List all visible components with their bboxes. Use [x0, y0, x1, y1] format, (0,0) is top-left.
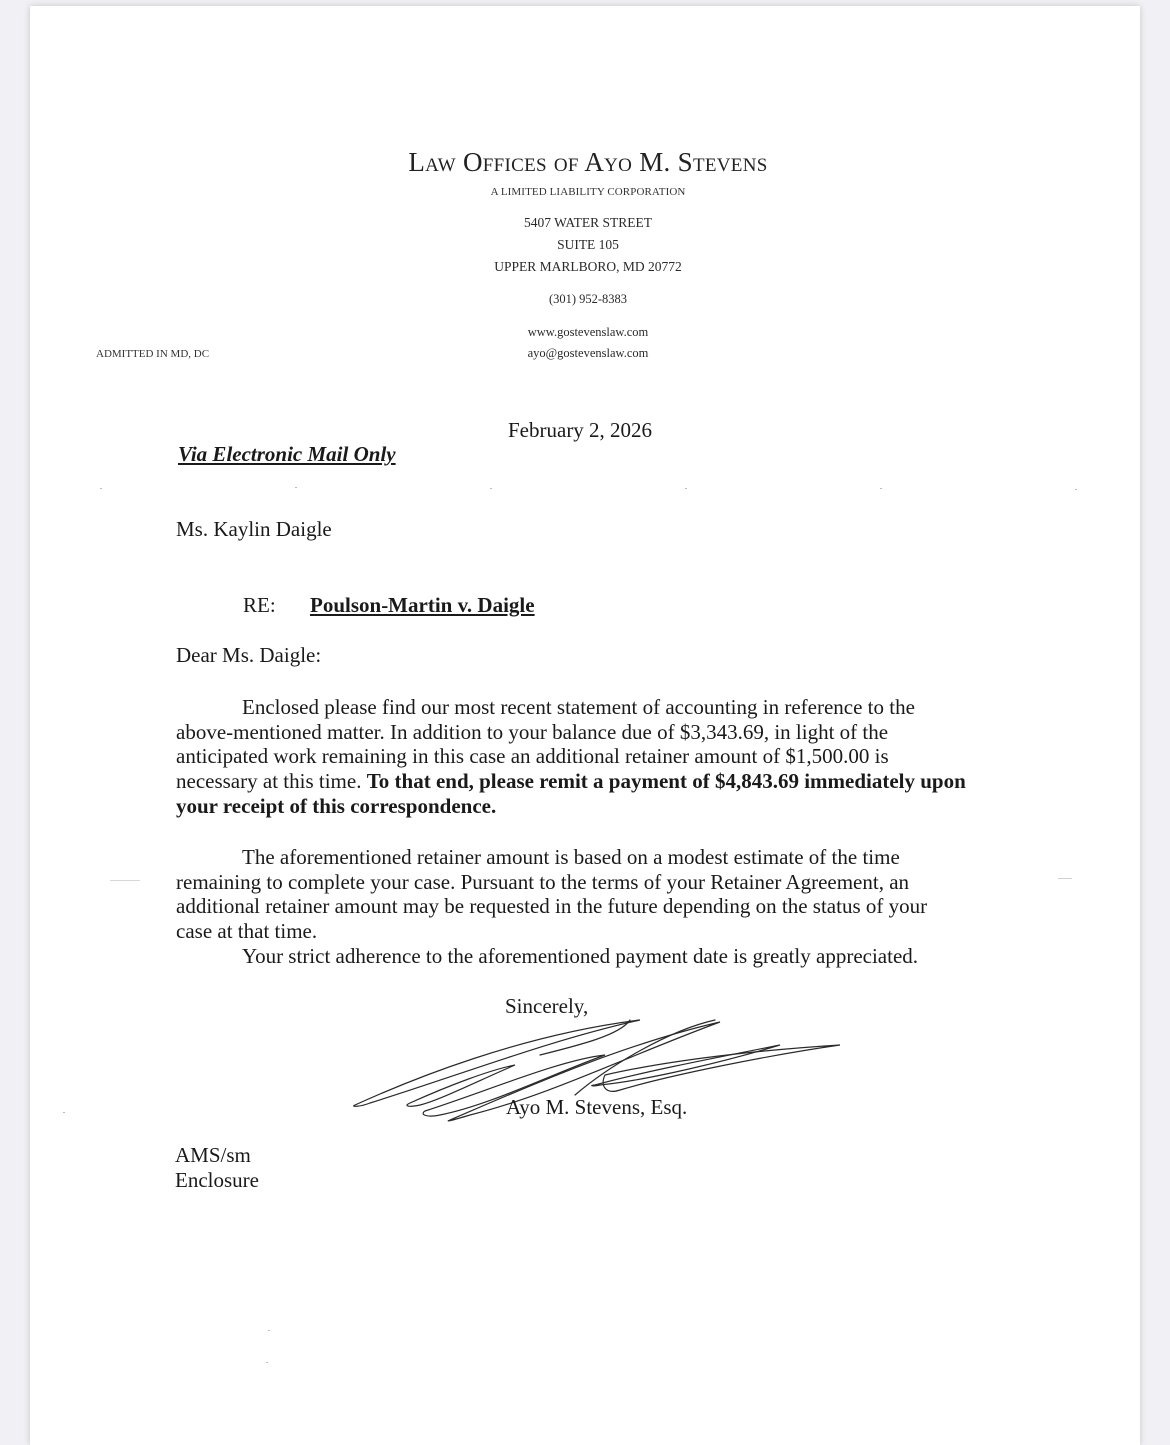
scan-speck [110, 880, 140, 881]
phone-number: (301) 952-8383 [388, 292, 788, 307]
email-link[interactable]: ayo@gostevenslaw.com [388, 346, 788, 361]
reference-initials: AMS/sm [175, 1143, 251, 1168]
scan-speck [266, 1362, 268, 1363]
entity-type: A LIMITED LIABILITY CORPORATION [388, 186, 788, 198]
scan-speck [100, 488, 102, 489]
paragraph-3-text: Your strict adherence to the aforementio… [176, 944, 966, 969]
signer-name: Ayo M. Stevens, Esq. [506, 1095, 687, 1120]
firm-name: Law Offices of Ayo M. Stevens [0, 147, 1170, 178]
address-line-1: 5407 WATER STREET [388, 215, 788, 231]
scan-speck [63, 1112, 65, 1113]
delivery-method: Via Electronic Mail Only [178, 442, 396, 467]
scan-speck [1075, 489, 1077, 490]
case-name: Poulson-Martin v. Daigle [310, 593, 535, 618]
admitted-jurisdictions: ADMITTED IN MD, DC [96, 348, 209, 360]
scan-speck [295, 487, 297, 488]
paragraph-2-text: The aforementioned retainer amount is ba… [176, 845, 966, 944]
re-label: RE: [243, 593, 276, 618]
scan-speck [1058, 878, 1072, 879]
scan-speck [685, 488, 687, 489]
paragraph-retainer-note: The aforementioned retainer amount is ba… [176, 845, 966, 969]
salutation: Dear Ms. Daigle: [176, 643, 321, 668]
letter-date: February 2, 2026 [508, 418, 652, 443]
address-line-3: UPPER MARLBORO, MD 20772 [388, 259, 788, 275]
scan-speck [268, 1330, 270, 1331]
scan-speck [490, 488, 492, 489]
enclosure-note: Enclosure [175, 1168, 259, 1193]
website-link[interactable]: www.gostevenslaw.com [388, 325, 788, 340]
scan-speck [880, 488, 882, 489]
paragraph-payment-request: Enclosed please find our most recent sta… [176, 695, 966, 819]
address-line-2: SUITE 105 [388, 237, 788, 253]
recipient-name: Ms. Kaylin Daigle [176, 517, 332, 542]
